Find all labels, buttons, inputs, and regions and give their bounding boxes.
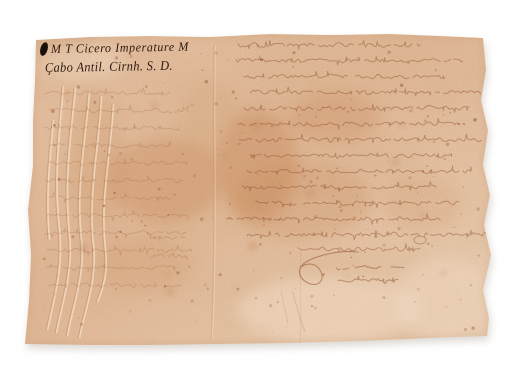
speckle: [426, 165, 428, 167]
speckle: [111, 96, 113, 98]
stain-blob: [180, 80, 240, 160]
speckle: [200, 53, 201, 54]
speckle: [144, 225, 146, 227]
speckle: [388, 51, 391, 54]
speckle: [298, 114, 300, 116]
speckle: [64, 153, 66, 155]
speckle: [369, 204, 372, 207]
speckle: [284, 106, 285, 107]
speckle: [473, 118, 477, 122]
stain-blob: [395, 258, 495, 342]
speckle: [158, 187, 161, 190]
speckle: [440, 47, 441, 48]
speckle: [446, 143, 449, 146]
speckle: [478, 255, 480, 257]
speckle: [196, 321, 197, 322]
speckle: [176, 271, 179, 274]
speckle: [193, 174, 196, 177]
stain-blob: [290, 92, 380, 144]
speckle: [262, 327, 263, 328]
rust-blotch: [166, 288, 174, 296]
speckle: [217, 148, 219, 150]
speckle: [417, 193, 419, 195]
speckle: [471, 326, 475, 330]
stain-blob: [238, 276, 422, 344]
manuscript-photo: M T Cicero Imperature M Çabo Antil. Cirn…: [0, 0, 510, 382]
speckle: [228, 59, 229, 60]
speckle: [130, 158, 132, 160]
speckle: [339, 206, 342, 209]
rust-blotch: [152, 102, 158, 108]
speckle: [255, 297, 258, 300]
speckle: [295, 287, 297, 289]
speckle: [336, 167, 338, 169]
speckle: [53, 124, 56, 127]
speckle: [272, 332, 273, 333]
speckle: [382, 243, 385, 246]
speckle: [226, 142, 228, 144]
speckle: [54, 293, 56, 295]
speckle: [292, 65, 295, 68]
speckle: [279, 182, 280, 183]
speckle: [459, 298, 461, 300]
speckle: [434, 69, 437, 72]
speckle: [433, 176, 434, 177]
speckle: [145, 85, 148, 88]
speckle: [422, 273, 424, 275]
speckle: [219, 97, 220, 98]
speckle: [388, 160, 389, 161]
speckle: [427, 115, 430, 118]
speckle: [72, 235, 75, 238]
speckle: [235, 97, 237, 99]
speckle: [311, 305, 313, 307]
speckle: [191, 103, 194, 106]
speckle: [237, 288, 240, 291]
speckle: [443, 158, 446, 161]
speckle: [360, 210, 362, 212]
speckle: [396, 93, 397, 94]
speckle: [338, 249, 340, 251]
speckle: [433, 140, 435, 142]
rust-blotch: [419, 212, 425, 218]
speckle: [263, 224, 265, 226]
speckle: [402, 108, 403, 109]
speckle: [356, 195, 358, 197]
speckle: [446, 306, 447, 307]
speckle: [80, 323, 83, 326]
speckle: [350, 98, 352, 100]
speckle: [259, 243, 262, 246]
speckle: [431, 245, 433, 247]
speckle: [115, 288, 117, 290]
speckle: [286, 327, 287, 328]
rust-blotch: [249, 242, 257, 250]
speckle: [202, 69, 204, 71]
speckle: [367, 229, 368, 230]
speckle: [104, 150, 106, 152]
speckle: [214, 102, 218, 106]
fold-line-right: [300, 250, 301, 343]
speckle: [206, 287, 209, 290]
speckle: [129, 311, 131, 313]
speckle: [164, 285, 166, 287]
stain-blob: [387, 179, 463, 231]
speckle: [187, 218, 189, 220]
speckle: [449, 112, 450, 113]
speckle: [242, 132, 244, 134]
speckle: [119, 152, 122, 155]
speckle: [269, 304, 272, 307]
speckle: [43, 308, 44, 309]
rust-blotch: [441, 271, 445, 275]
speckle: [214, 51, 218, 55]
speckle: [383, 296, 386, 299]
rust-blotch: [164, 272, 170, 278]
speckle: [289, 251, 292, 254]
speckle: [113, 192, 116, 195]
speckle: [174, 194, 176, 196]
speckle: [238, 143, 241, 146]
speckle: [182, 153, 184, 155]
speckle: [43, 258, 46, 261]
photo-canvas: M T Cicero Imperature M Çabo Antil. Cirn…: [0, 0, 510, 382]
speckle: [49, 160, 50, 161]
speckle: [237, 58, 238, 59]
speckle: [462, 186, 464, 188]
speckle: [427, 242, 430, 245]
speckle: [140, 220, 143, 223]
speckle: [309, 180, 312, 183]
speckle: [93, 101, 96, 104]
speckle: [280, 185, 282, 187]
speckle: [455, 226, 457, 228]
speckle: [232, 90, 235, 93]
stain-blob: [97, 237, 193, 293]
speckle: [340, 209, 343, 212]
speckle: [314, 306, 317, 309]
speckle: [280, 277, 282, 279]
speckle: [218, 155, 219, 156]
rust-blotch: [221, 152, 227, 158]
speckle: [335, 228, 336, 229]
speckle: [56, 275, 57, 276]
speckle: [138, 169, 139, 170]
speckle: [362, 275, 364, 277]
speckle: [253, 270, 254, 271]
speckle: [230, 166, 233, 169]
speckle: [460, 213, 462, 215]
speckle: [298, 164, 301, 167]
heading-line-1: M T Cicero Imperature M: [50, 40, 189, 56]
rust-blotch: [345, 275, 350, 280]
speckle: [470, 284, 472, 286]
speckle: [149, 299, 152, 302]
speckle: [397, 227, 400, 230]
parchment: M T Cicero Imperature M Çabo Antil. Cirn…: [0, 0, 510, 382]
speckle: [424, 120, 427, 123]
speckle: [200, 217, 204, 221]
heading-line-2: Çabo Antil. Cirnh. S. D.: [45, 58, 173, 75]
rust-blotch: [392, 159, 399, 166]
speckle: [417, 288, 420, 291]
speckle: [352, 265, 354, 267]
speckle: [333, 294, 335, 296]
speckle: [464, 328, 467, 331]
speckle: [107, 154, 110, 157]
speckle: [77, 85, 81, 89]
speckle: [219, 273, 222, 276]
speckle: [186, 106, 189, 109]
speckle: [334, 110, 335, 111]
speckle: [94, 137, 95, 138]
speckle: [212, 216, 213, 217]
speckle: [188, 266, 190, 268]
speckle: [78, 317, 80, 319]
speckle: [350, 257, 352, 259]
speckle: [205, 80, 208, 83]
speckle: [303, 175, 306, 178]
speckle: [315, 115, 317, 117]
speckle: [268, 217, 272, 221]
speckle: [409, 109, 413, 113]
speckle: [160, 87, 161, 88]
speckle: [229, 203, 231, 205]
speckle: [316, 177, 319, 180]
speckle: [103, 205, 106, 208]
speckle: [322, 273, 324, 275]
speckle: [131, 220, 133, 222]
speckle: [262, 87, 263, 88]
speckle: [408, 176, 411, 179]
speckle: [293, 51, 296, 54]
speckle: [452, 226, 454, 228]
speckle: [204, 283, 207, 286]
speckle: [220, 130, 223, 133]
speckle: [414, 301, 416, 303]
speckle: [374, 235, 377, 238]
speckle: [66, 100, 69, 103]
speckle: [311, 295, 314, 298]
speckle: [443, 114, 444, 115]
rust-blotch: [306, 189, 314, 197]
speckle: [257, 173, 259, 175]
speckle: [332, 195, 334, 197]
speckle: [374, 174, 376, 176]
speckle: [364, 252, 365, 253]
speckle: [400, 83, 404, 87]
speckle: [277, 301, 280, 304]
speckle: [347, 111, 349, 113]
speckle: [190, 299, 193, 302]
speckle: [115, 236, 118, 239]
speckle: [476, 207, 479, 210]
speckle: [434, 268, 435, 269]
